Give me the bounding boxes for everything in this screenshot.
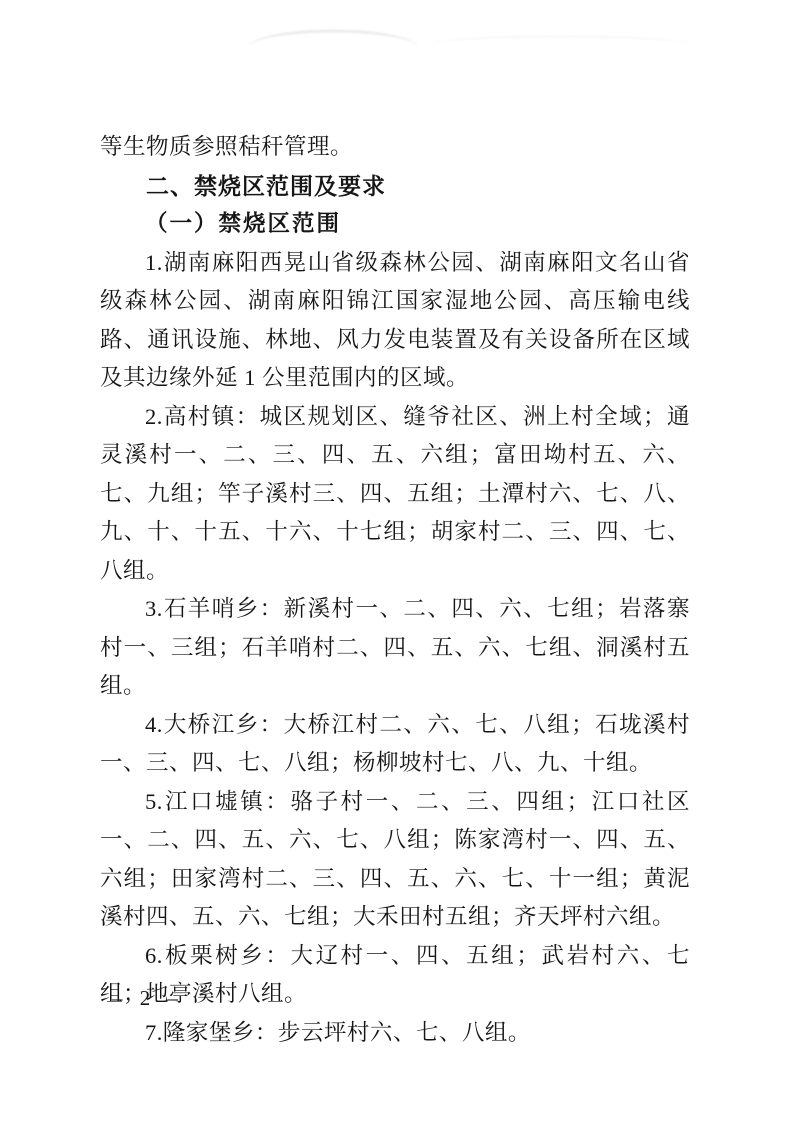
list-item-5: 5.江口墟镇：骆子村一、二、三、四组；江口社区一、二、四、五、六、七、八组；陈家… — [100, 783, 690, 937]
list-item-3: 3.石羊哨乡：新溪村一、二、四、六、七组；岩落寨村一、三组；石羊哨村二、四、五、… — [100, 590, 690, 706]
page-number: – 2 – — [112, 986, 184, 1011]
document-body: 等生物质参照秸秆管理。 二、禁烧区范围及要求 （一）禁烧区范围 1.湖南麻阳西晃… — [100, 128, 690, 1052]
scan-smudge-artifact — [430, 36, 690, 45]
list-item-4: 4.大桥江乡：大桥江村二、六、七、八组；石垅溪村一、三、四、七、八组；杨柳坡村七… — [100, 706, 690, 783]
list-item-1: 1.湖南麻阳西晃山省级森林公园、湖南麻阳文名山省级森林公园、湖南麻阳锦江国家湿地… — [100, 244, 690, 398]
scanned-document-page: 等生物质参照秸秆管理。 二、禁烧区范围及要求 （一）禁烧区范围 1.湖南麻阳西晃… — [0, 0, 793, 1121]
scan-smudge-artifact — [248, 30, 418, 48]
list-item-2: 2.高村镇：城区规划区、缝爷社区、洲上村全域；通灵溪村一、二、三、四、五、六组；… — [100, 398, 690, 591]
section-heading: 二、禁烧区范围及要求 — [100, 167, 690, 206]
paragraph-continuation: 等生物质参照秸秆管理。 — [100, 128, 690, 167]
subsection-heading: （一）禁烧区范围 — [100, 205, 690, 244]
list-item-7: 7.隆家堡乡：步云坪村六、七、八组。 — [100, 1014, 690, 1053]
list-item-6: 6.板栗树乡：大辽村一、四、五组；武岩村六、七组；地亭溪村八组。 — [100, 937, 690, 1014]
